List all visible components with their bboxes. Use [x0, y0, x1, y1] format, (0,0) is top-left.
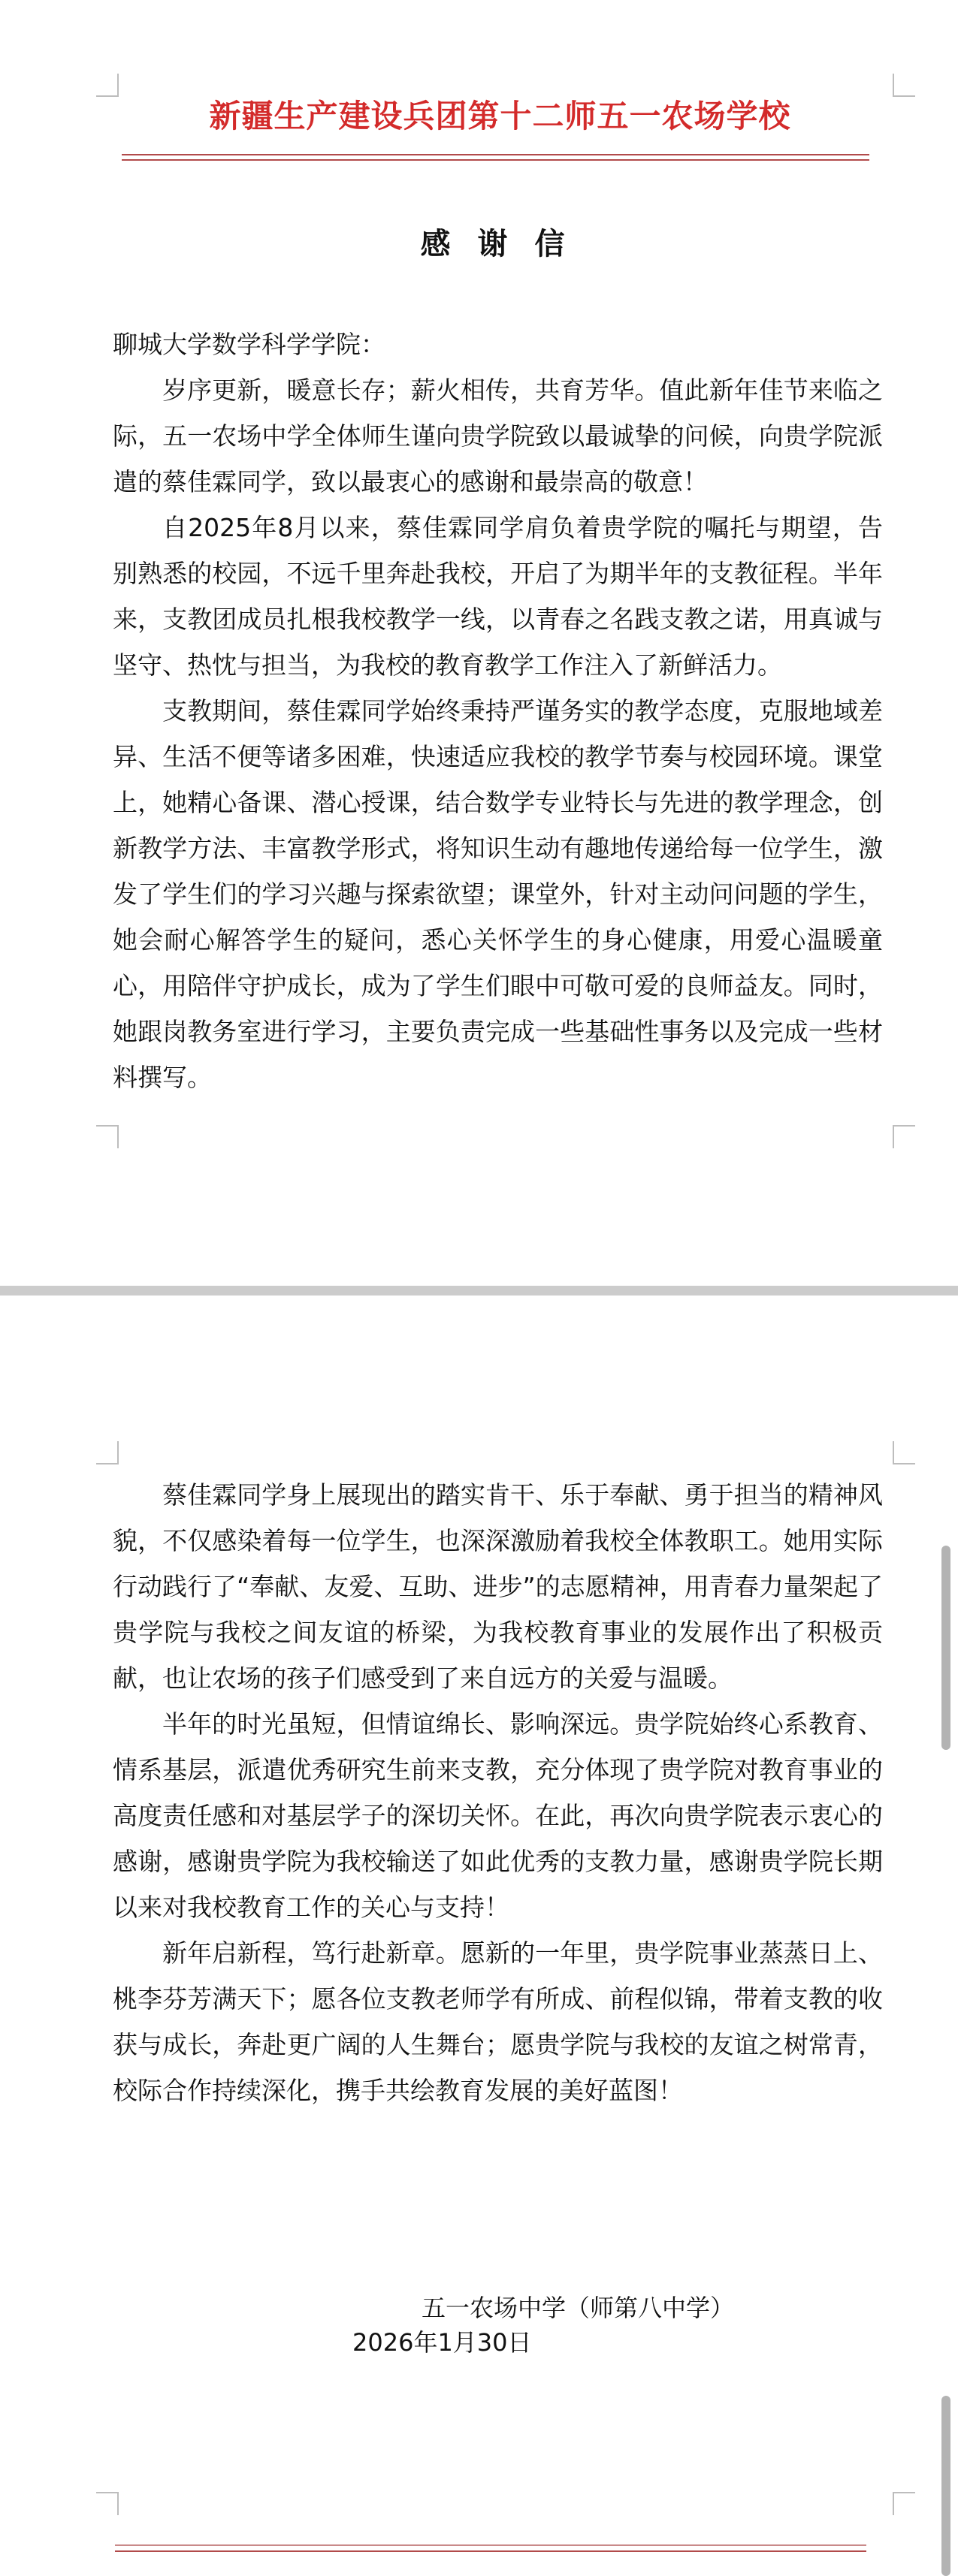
margin-corner-mark [893, 1441, 915, 1464]
signature-date: 2026年1月30日 [352, 2325, 532, 2360]
body-paragraph: 蔡佳霖同学身上展现出的踏实肯干、乐于奉献、勇于担当的精神风貌，不仅感染着每一位学… [113, 1472, 883, 1701]
document-page-1: 新疆生产建设兵团第十二师五一农场学校 感谢信 聊城大学数学科学学院： 岁序更新，… [0, 0, 958, 1286]
scrollbar-thumb[interactable] [941, 2396, 950, 2576]
body-paragraph: 岁序更新，暖意长存；薪火相传，共育芳华。值此新年佳节来临之际，五一农场中学全体师… [113, 367, 883, 505]
body-paragraph: 支教期间，蔡佳霖同学始终秉持严谨务实的教学态度，克服地域差异、生活不便等诸多困难… [113, 688, 883, 1100]
body-paragraph: 半年的时光虽短，但情谊绵长、影响深远。贵学院始终心系教育、情系基层，派遣优秀研究… [113, 1701, 883, 1930]
letter-body-page-1: 岁序更新，暖意长存；薪火相传，共育芳华。值此新年佳节来临之际，五一农场中学全体师… [113, 367, 883, 1100]
letterhead-rule-bottom [122, 159, 869, 161]
margin-corner-mark [96, 1441, 119, 1464]
footer-rule-top [115, 2544, 866, 2546]
school-letterhead-title: 新疆生产建设兵团第十二师五一农场学校 [0, 94, 958, 139]
footer-rule-bottom [115, 2550, 866, 2552]
letterhead-rule-top [122, 154, 869, 155]
letter-body-page-2: 蔡佳霖同学身上展现出的踏实肯干、乐于奉献、勇于担当的精神风貌，不仅感染着每一位学… [113, 1472, 883, 2113]
page-break-separator [0, 1286, 958, 1296]
margin-corner-mark [893, 2492, 915, 2515]
scrollbar-thumb[interactable] [941, 1546, 950, 1750]
margin-corner-mark [893, 1125, 915, 1148]
margin-corner-mark [96, 1125, 119, 1148]
letter-title: 感谢信 [0, 225, 958, 263]
salutation: 聊城大学数学科学学院： [113, 321, 385, 367]
body-paragraph: 新年启新程，笃行赴新章。愿新的一年里，贵学院事业蒸蒸日上、桃李芬芳满天下；愿各位… [113, 1930, 883, 2113]
signature-school-name: 五一农场中学（师第八中学） [422, 2291, 734, 2325]
margin-corner-mark [96, 2492, 119, 2515]
body-paragraph: 自2025年8月以来，蔡佳霖同学肩负着贵学院的嘱托与期望，告别熟悉的校园，不远千… [113, 505, 883, 688]
